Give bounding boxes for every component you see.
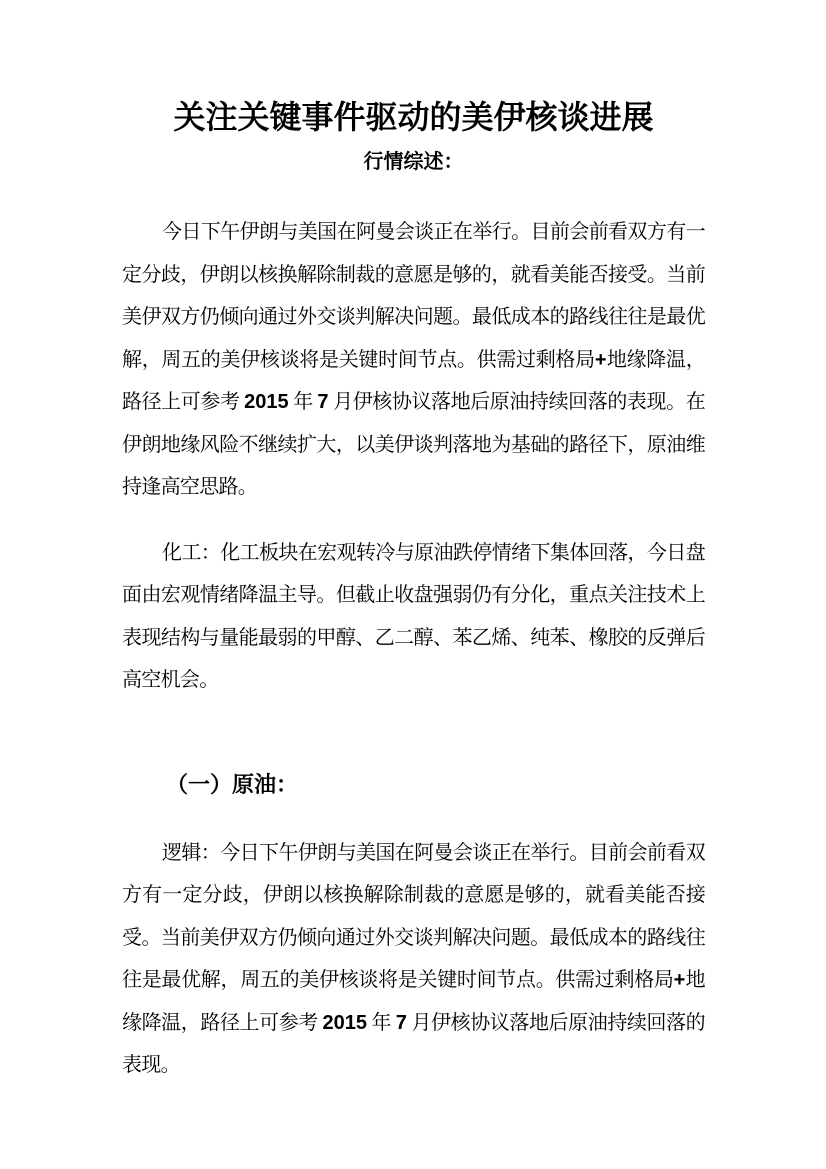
latin-numeral-run: 2015 bbox=[322, 1012, 367, 1034]
document-page: 关注关键事件驱动的美伊核谈进展 行情综述： 今日下午伊朗与美国在阿曼会谈正在举行… bbox=[0, 0, 826, 1169]
section-heading-crude-oil: （一）原油： bbox=[122, 763, 705, 806]
paragraph-market-overview: 今日下午伊朗与美国在阿曼会谈正在举行。目前会前看双方有一定分歧，伊朗以核换解除制… bbox=[122, 211, 705, 509]
document-title: 关注关键事件驱动的美伊核谈进展 bbox=[122, 0, 705, 139]
market-summary-heading: 行情综述： bbox=[122, 148, 705, 176]
latin-numeral-run: + bbox=[595, 349, 607, 371]
latin-numeral-run: 7 bbox=[317, 391, 328, 413]
latin-numeral-run: + bbox=[674, 969, 686, 991]
latin-numeral-run: 2015 bbox=[244, 391, 289, 413]
document-content: 关注关键事件驱动的美伊核谈进展 行情综述： 今日下午伊朗与美国在阿曼会谈正在举行… bbox=[0, 0, 826, 1087]
paragraph-chemicals-summary: 化工：化工板块在宏观转冷与原油跌停情绪下集体回落，今日盘面由宏观情绪降温主导。但… bbox=[122, 532, 705, 702]
paragraph-crude-oil-logic: 逻辑：今日下午伊朗与美国在阿曼会谈正在举行。目前会前看双方有一定分歧，伊朗以核换… bbox=[122, 832, 705, 1087]
latin-numeral-run: 7 bbox=[396, 1012, 407, 1034]
